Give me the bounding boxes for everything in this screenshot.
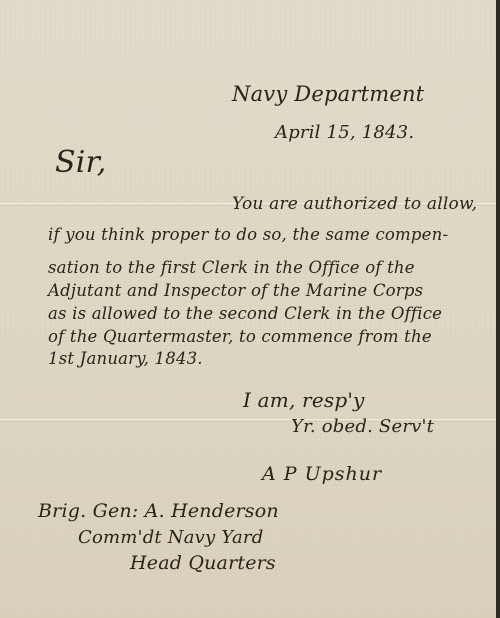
body-line: sation to the first Clerk in the Office … — [48, 258, 415, 277]
letter-date: April 15, 1843. — [275, 122, 414, 143]
letter-heading-department: Navy Department — [232, 82, 424, 106]
body-line: as is allowed to the second Clerk in the… — [48, 304, 442, 323]
letter-page: Navy Department April 15, 1843. Sir, You… — [0, 0, 496, 618]
addressee-line: Comm'dt Navy Yard — [78, 527, 263, 548]
body-line: 1st January, 1843. — [48, 349, 203, 368]
body-line: You are authorized to allow, — [232, 194, 477, 214]
signature: A P Upshur — [262, 463, 382, 485]
body-line: of the Quartermaster, to commence from t… — [48, 327, 432, 346]
addressee-line: Brig. Gen: A. Henderson — [38, 500, 279, 522]
salutation: Sir, — [55, 145, 107, 180]
body-line: if you think proper to do so, the same c… — [48, 225, 448, 244]
addressee-line: Head Quarters — [130, 552, 276, 574]
closing-line: I am, resp'y — [243, 388, 365, 412]
closing-line: Yr. obed. Serv't — [291, 416, 434, 437]
body-line: Adjutant and Inspector of the Marine Cor… — [48, 281, 423, 300]
scan-border — [496, 0, 500, 618]
